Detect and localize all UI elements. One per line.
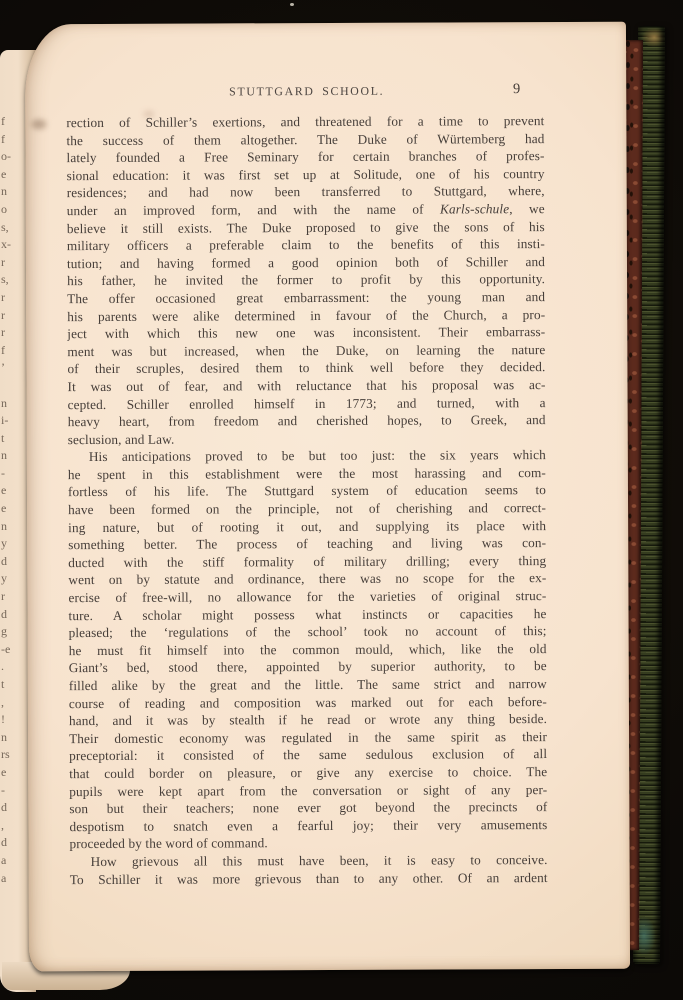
text-fragment: .: [1, 658, 15, 676]
text-line: he spent in this establishment were the …: [68, 464, 546, 484]
text-line: seclusion, and Law.: [68, 429, 546, 449]
facing-page-text-fragments: ffo-enos,x-rs,rrrf’ni-tn-eenydyrdg-e.t,!…: [1, 113, 15, 887]
text-line: heavy heart, from freedom and cherished …: [68, 411, 546, 431]
text-fragment: a: [1, 870, 15, 888]
text-line: Giant’s bed, stood there, appointed by s…: [69, 657, 547, 677]
text-fragment: t: [1, 676, 15, 694]
text-fragment: f: [1, 113, 15, 131]
text-line: son but their teachers; none ever got be…: [69, 798, 547, 818]
text-fragment: d: [1, 606, 15, 624]
text-fragment: a: [1, 852, 15, 870]
text-line: sional education: it was first set up at…: [67, 165, 545, 185]
text-fragment: e: [1, 500, 15, 518]
text-line: of their scruples, desired them to think…: [67, 358, 545, 378]
text-fragment: [1, 377, 15, 395]
text-line: his father, he invited the former to pro…: [67, 270, 545, 290]
text-line: ment was but increased, when the Duke, o…: [67, 341, 545, 361]
text-line: fortless of his life. The Stuttgard syst…: [68, 482, 546, 502]
text-line: pleased; the ‘regulations of the school’…: [69, 622, 547, 642]
text-fragment: n: [1, 183, 15, 201]
text-line: preceptorial: it consisted of the same s…: [69, 745, 547, 765]
text-line: His anticipations proved to be but too j…: [68, 446, 546, 466]
text-fragment: n: [1, 395, 15, 413]
text-line: course of reading and composition was ma…: [69, 693, 547, 713]
text-fragment: s,: [1, 219, 15, 237]
text-fragment: x-: [1, 236, 15, 254]
text-line: To Schiller it was more grievous than to…: [70, 869, 548, 889]
page-header: STUTTGARD SCHOOL. 9: [67, 83, 546, 101]
text-line: How grievous all this must have been, it…: [70, 851, 548, 871]
paragraph: How grievous all this must have been, it…: [70, 851, 548, 888]
text-line: ture. A scholar might possess what insti…: [68, 605, 546, 625]
text-fragment: f: [1, 131, 15, 149]
text-line: went on by statute and ordinance, there …: [68, 569, 546, 589]
text-line: tution; and having formed a good opinion…: [67, 253, 545, 273]
text-line: his parents were alike determined in fav…: [67, 306, 545, 326]
text-fragment: r: [1, 307, 15, 325]
text-line: that could border on pleasure, or give a…: [69, 763, 547, 783]
paragraph: rection of Schiller’s exertions, and thr…: [66, 112, 545, 448]
text-fragment: e: [1, 482, 15, 500]
text-line: have been formed on the principle, not o…: [68, 499, 546, 519]
book-page: STUTTGARD SCHOOL. 9 rection of Schiller’…: [25, 22, 630, 972]
text-line: despotism to snatch even a fearful joy; …: [69, 816, 547, 836]
text-fragment: n: [1, 447, 15, 465]
text-line: military officers a preferable claim to …: [67, 235, 545, 255]
text-fragment: ’: [1, 359, 15, 377]
photo-background: ffo-enos,x-rs,rrrf’ni-tn-eenydyrdg-e.t,!…: [0, 0, 683, 1000]
text-fragment: r: [1, 289, 15, 307]
text-fragment: g: [1, 623, 15, 641]
text-fragment: rs: [1, 746, 15, 764]
text-fragment: y: [1, 570, 15, 588]
page-smudge: [31, 119, 46, 129]
paragraph: His anticipations proved to be but too j…: [68, 446, 548, 853]
text-line: he must fit himself into the common moul…: [69, 640, 547, 660]
text-line: rection of Schiller’s exertions, and thr…: [66, 112, 544, 132]
text-line: ercise of free-will, no allowance for th…: [68, 587, 546, 607]
text-line: under an improved form, and with the nam…: [67, 200, 545, 220]
text-fragment: d: [1, 553, 15, 571]
text-fragment: i-: [1, 412, 15, 430]
text-fragment: n: [1, 518, 15, 536]
text-fragment: ,: [1, 694, 15, 712]
text-fragment: n: [1, 729, 15, 747]
text-fragment: s,: [1, 271, 15, 289]
text-line: cepted. Schiller enrolled himself in 177…: [68, 394, 546, 414]
text-fragment: ,: [1, 817, 15, 835]
text-fragment: o: [1, 201, 15, 219]
text-line: pupils were kept apart from the conversa…: [69, 781, 547, 801]
text-fragment: e: [1, 764, 15, 782]
text-fragment: r: [1, 324, 15, 342]
text-fragment: f: [1, 342, 15, 360]
text-line: proceeded by the word of command.: [69, 833, 547, 853]
text-line: hand, and it was by stealth if he read o…: [69, 710, 547, 730]
text-line: The offer occasioned great embarrassment…: [67, 288, 545, 308]
text-fragment: d: [1, 834, 15, 852]
text-fragment: r: [1, 254, 15, 272]
text-fragment: d: [1, 799, 15, 817]
text-line: the success of them altogether. The Duke…: [66, 130, 544, 150]
text-fragment: r: [1, 588, 15, 606]
page-number: 9: [513, 81, 520, 98]
text-fragment: t: [1, 430, 15, 448]
dust-speck: [290, 3, 294, 6]
text-line: ducted with the stiff formality of milit…: [68, 552, 546, 572]
text-line: ing nature, but of rooting it out, and s…: [68, 517, 546, 537]
text-fragment: -e: [1, 641, 15, 659]
text-line: believe it still exists. The Duke propos…: [67, 218, 545, 238]
page-body: rection of Schiller’s exertions, and thr…: [66, 112, 547, 888]
text-fragment: -: [1, 782, 15, 800]
text-line: It was out of fear, and with reluctance …: [67, 376, 545, 396]
text-fragment: o-: [1, 148, 15, 166]
text-fragment: e: [1, 166, 15, 184]
text-line: residences; and had now been transferred…: [67, 182, 545, 202]
text-line: ject with which this new one was inconsi…: [67, 323, 545, 343]
text-fragment: -: [1, 465, 15, 483]
text-fragment: !: [1, 711, 15, 729]
text-fragment: y: [1, 535, 15, 553]
text-line: lately founded a Free Seminary for certa…: [66, 147, 544, 167]
text-line: something better. The process of teachin…: [68, 534, 546, 554]
text-line: filled alike by the great and the little…: [69, 675, 547, 695]
running-head: STUTTGARD SCHOOL.: [67, 83, 546, 100]
text-line: Their domestic economy was regulated in …: [69, 728, 547, 748]
